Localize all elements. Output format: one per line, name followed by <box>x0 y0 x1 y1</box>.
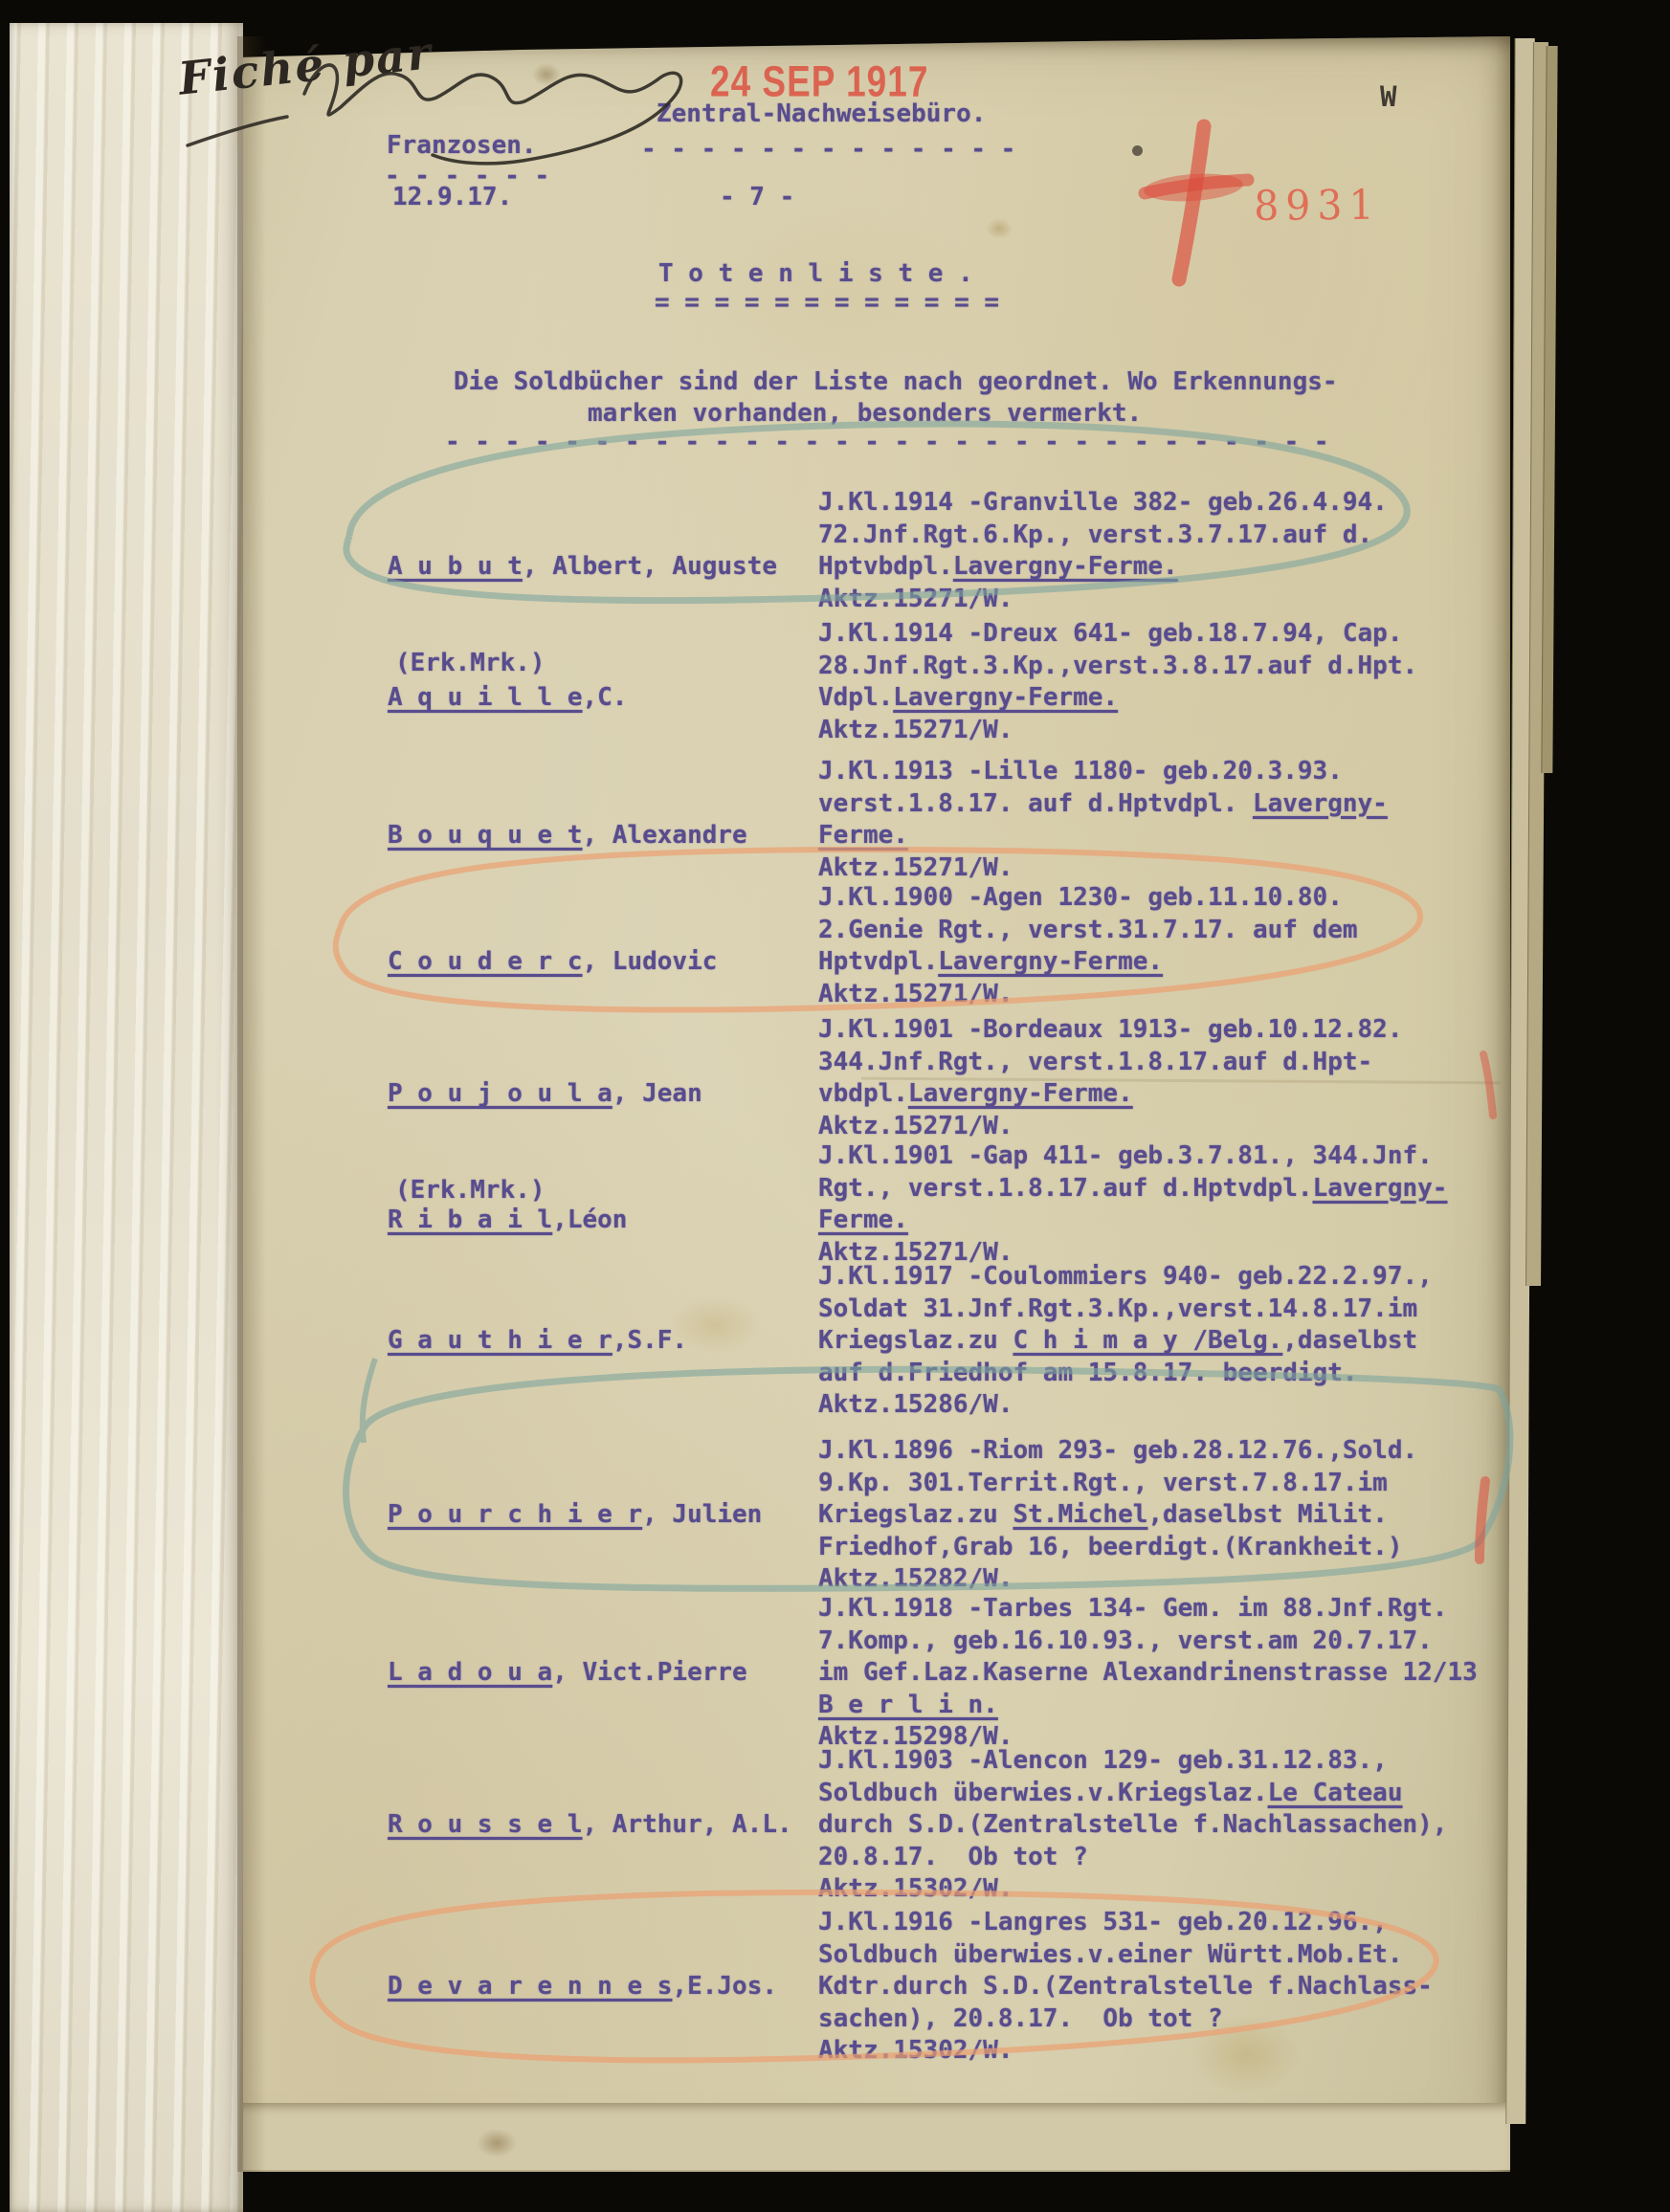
entry-detail-line: J.Kl.1913 -Lille 1180- geb.20.3.93. <box>818 756 1503 788</box>
entry-surname: A q u i l l e <box>388 683 583 712</box>
entry-detail-line: 9.Kp. 301.Territ.Rgt., verst.7.8.17.im <box>818 1468 1503 1500</box>
entry-detail-line: Kdtr.durch S.D.(Zentralstelle f.Nachlass… <box>818 1971 1503 2003</box>
entry-detail-line: J.Kl.1916 -Langres 531- geb.20.12.96., <box>818 1907 1503 1939</box>
underlying-page-edge <box>241 2103 1510 2170</box>
entry-given-names: ,C. <box>583 683 628 712</box>
entry-detail-line: vbdpl.Lavergny-Ferme. <box>818 1078 1503 1111</box>
paper-stain <box>986 218 1013 239</box>
entry-detail-line: Aktz.15271/W. <box>818 852 1503 885</box>
entry-detail-line: J.Kl.1914 -Granville 382- geb.26.4.94. <box>818 487 1503 520</box>
entry-details: J.Kl.1916 -Langres 531- geb.20.12.96.,So… <box>818 1907 1503 2099</box>
entry-detail-line: Aktz.15271/W. <box>818 1111 1503 1143</box>
list-date: 12.9.17. <box>392 182 512 214</box>
entry-detail-line: J.Kl.1903 -Alencon 129- geb.31.12.83., <box>818 1745 1503 1778</box>
entry-detail-line: Aktz.15286/W. <box>818 1389 1503 1422</box>
entry-detail-line: J.Kl.1896 -Riom 293- geb.28.12.76.,Sold. <box>818 1435 1503 1468</box>
page-fold-shadow <box>237 36 266 2172</box>
entry-detail-line: Aktz.15271/W. <box>818 715 1503 747</box>
entry-detail-line: Soldbuch überwies.v.Kriegslaz.Le Cateau <box>818 1778 1503 1810</box>
received-date-stamp: 24 SEP 1917 <box>710 57 928 106</box>
corner-letter: W <box>1380 80 1396 113</box>
entry-detail-line: Ferme. <box>818 820 1503 852</box>
entry-surname: A u b u t <box>388 552 523 581</box>
entry-detail-line: 20.8.17. Ob tot ? <box>818 1842 1503 1874</box>
entry-name: D e v a r e n n e s,E.Jos. <box>388 1971 818 2003</box>
entry-detail-line: Hptvdpl.Lavergny-Ferme. <box>818 946 1503 979</box>
entry-name-column: D e v a r e n n e s,E.Jos. <box>388 1907 818 2099</box>
entry-detail-line: J.Kl.1918 -Tarbes 134- Gem. im 88.Jnf.Rg… <box>818 1593 1503 1626</box>
entry-given-names: ,E.Jos. <box>672 1972 777 2001</box>
entry-detail-line: sachen), 20.8.17. Ob tot ? <box>818 2003 1503 2036</box>
entry-name: R o u s s e l, Arthur, A.L. <box>388 1809 818 1842</box>
entry-detail-line: Rgt., verst.1.8.17.auf d.Hptvdpl.Lavergn… <box>818 1173 1503 1206</box>
entry-detail-line: Vdpl.Lavergny-Ferme. <box>818 682 1503 715</box>
entry-detail-line: 7.Komp., geb.16.10.93., verst.am 20.7.17… <box>818 1626 1503 1658</box>
entry-detail-line: J.Kl.1917 -Coulommiers 940- geb.22.2.97.… <box>818 1261 1503 1294</box>
office-rule: - - - - - - - - - - - - - <box>641 134 1015 166</box>
intro-line-1: Die Soldbücher sind der Liste nach geord… <box>454 366 1338 399</box>
entry-detail-line: J.Kl.1914 -Dreux 641- geb.18.7.94, Cap. <box>818 618 1503 651</box>
intro-rule: - - - - - - - - - - - - - - - - - - - - … <box>445 427 1329 459</box>
entry-detail-line: Ferme. <box>818 1205 1503 1237</box>
entry-detail-line: Soldat 31.Jnf.Rgt.3.Kp.,verst.14.8.17.im <box>818 1294 1503 1326</box>
entry-given-names: , Vict.Pierre <box>552 1658 747 1687</box>
entry-name: C o u d e r c, Ludovic <box>388 946 818 979</box>
death-list-entry: G a u t h i e r,S.F. J.Kl.1917 -Coulommi… <box>388 1261 1503 1453</box>
entry-detail-line: J.Kl.1901 -Gap 411- geb.3.7.81., 344.Jnf… <box>818 1140 1503 1173</box>
entry-name: R i b a i l,Léon <box>388 1205 818 1237</box>
entry-name-column: G a u t h i e r,S.F. <box>388 1261 818 1453</box>
entry-given-names: ,S.F. <box>612 1326 687 1355</box>
case-number-stamp: 8931 <box>1254 181 1381 231</box>
paper-stain <box>1132 145 1143 156</box>
entry-surname: B o u q u e t <box>388 821 583 850</box>
entry-detail-line: Aktz.15271/W. <box>818 584 1503 616</box>
title-rule: = = = = = = = = = = = = <box>655 287 999 320</box>
entry-name: P o u j o u l a, Jean <box>388 1078 818 1111</box>
folded-guard-sheet <box>10 23 243 2212</box>
entry-detail-line: auf d.Friedhof am 15.8.17. beerdigt. <box>818 1358 1503 1390</box>
entry-detail-line: Aktz.15302/W. <box>818 2035 1503 2068</box>
entry-detail-line: Soldbuch überwies.v.einer Württ.Mob.Et. <box>818 1939 1503 1972</box>
entry-detail-line: J.Kl.1900 -Agen 1230- geb.11.10.80. <box>818 882 1503 915</box>
entry-detail-line: 344.Jnf.Rgt., verst.1.8.17.auf d.Hpt- <box>818 1047 1503 1079</box>
entry-given-names: , Julien <box>642 1500 762 1529</box>
entry-detail-line: Aktz.15282/W. <box>818 1563 1503 1596</box>
entry-detail-line: Hptvbdpl.Lavergny-Ferme. <box>818 551 1503 584</box>
entry-detail-line: durch S.D.(Zentralstelle f.Nachlassachen… <box>818 1809 1503 1842</box>
entry-surname: R i b a i l <box>388 1206 552 1234</box>
entry-name: P o u r c h i e r, Julien <box>388 1499 818 1532</box>
document-title: T o t e n l i s t e . <box>658 258 973 291</box>
entry-details: J.Kl.1917 -Coulommiers 940- geb.22.2.97.… <box>818 1261 1503 1453</box>
entry-detail-line: Aktz.15302/W. <box>818 1873 1503 1906</box>
entry-surname: P o u j o u l a <box>388 1079 612 1108</box>
entry-surname: D e v a r e n n e s <box>388 1972 672 2001</box>
entry-surname: R o u s s e l <box>388 1810 583 1839</box>
entry-detail-line: Kriegslaz.zu C h i m a y /Belg.,daselbst <box>818 1325 1503 1358</box>
intro-line-2: marken vorhanden, besonders vermerkt. <box>588 398 1142 431</box>
entry-name: A q u i l l e,C. <box>388 682 818 715</box>
entry-given-names: , Jean <box>612 1079 702 1108</box>
entry-given-names: , Albert, Auguste <box>523 552 777 581</box>
entry-detail-line: J.Kl.1901 -Bordeaux 1913- geb.10.12.82. <box>818 1014 1503 1047</box>
entry-surname: C o u d e r c <box>388 947 583 976</box>
entry-detail-line: 2.Genie Rgt., verst.31.7.17. auf dem <box>818 915 1503 947</box>
entry-name: L a d o u a, Vict.Pierre <box>388 1657 818 1690</box>
entry-detail-line: 72.Jnf.Rgt.6.Kp., verst.3.7.17.auf d. <box>818 520 1503 552</box>
entry-detail-line: Kriegslaz.zu St.Michel,daselbst Milit. <box>818 1499 1503 1532</box>
entry-given-names: ,Léon <box>552 1206 627 1234</box>
entry-given-names: , Alexandre <box>583 821 747 850</box>
entry-given-names: , Ludovic <box>583 947 718 976</box>
entry-detail-line: Aktz.15271/W. <box>818 979 1503 1011</box>
entry-detail-line: Friedhof,Grab 16, beerdigt.(Krankheit.) <box>818 1532 1503 1564</box>
entry-name: B o u q u e t, Alexandre <box>388 820 818 852</box>
death-list-entry: D e v a r e n n e s,E.Jos. J.Kl.1916 -La… <box>388 1907 1503 2099</box>
entry-name: G a u t h i e r,S.F. <box>388 1325 818 1358</box>
entry-given-names: , Arthur, A.L. <box>583 1810 792 1839</box>
entry-detail-line: verst.1.8.17. auf d.Hptvdpl. Lavergny- <box>818 788 1503 821</box>
entry-detail-line: 28.Jnf.Rgt.3.Kp.,verst.3.8.17.auf d.Hpt. <box>818 651 1503 683</box>
entry-surname: G a u t h i e r <box>388 1326 612 1355</box>
entry-surname: P o u r c h i e r <box>388 1500 642 1529</box>
entry-detail-line: im Gef.Laz.Kaserne Alexandrinenstrasse 1… <box>818 1657 1503 1690</box>
entry-name: A u b u t, Albert, Auguste <box>388 551 818 584</box>
entry-detail-line: B e r l i n. <box>818 1690 1503 1722</box>
scanned-document-page: Zentral-Nachweisebüro. - - - - - - - - -… <box>0 0 1670 2212</box>
page-number: - 7 - <box>720 182 794 214</box>
entry-surname: L a d o u a <box>388 1658 552 1687</box>
paper-stain <box>532 63 561 86</box>
paper-stain <box>477 2129 517 2157</box>
nationality-heading: Franzosen. <box>387 130 537 163</box>
